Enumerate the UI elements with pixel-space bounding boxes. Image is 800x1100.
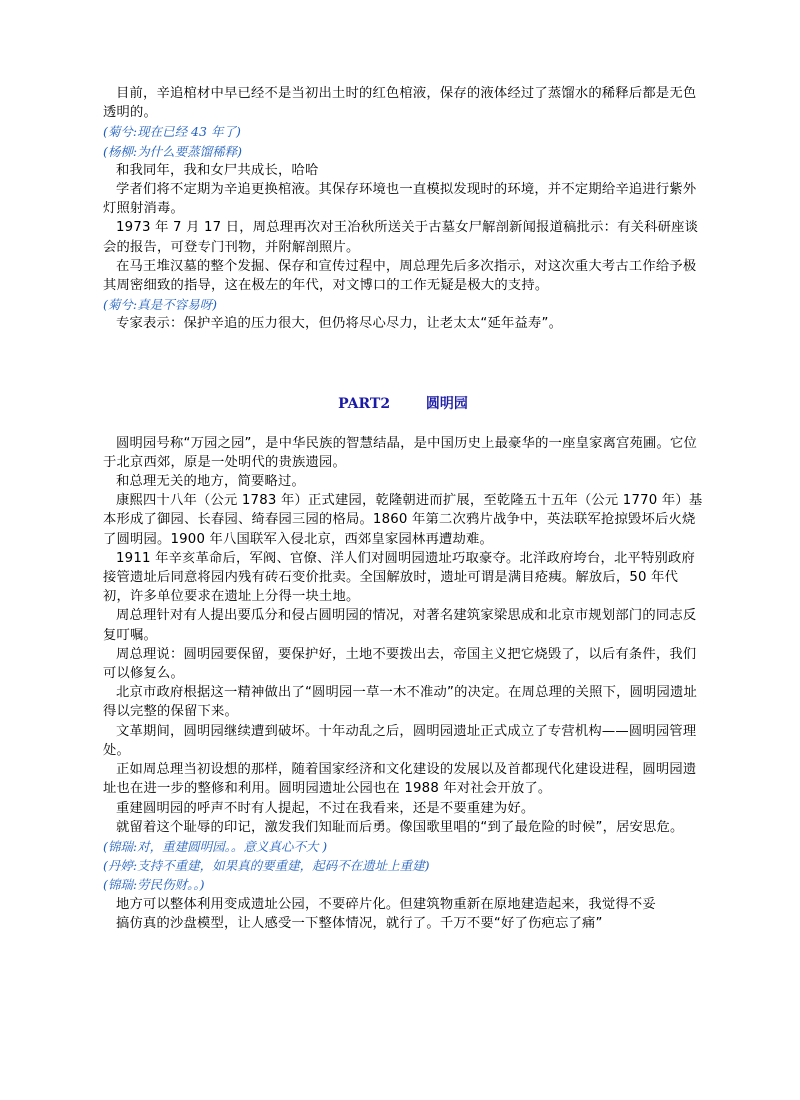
paragraph: 1973 年 7 月 17 日，周总理再次对王冶秋所送关于古墓女尸解剖新闻报道稿… xyxy=(103,218,703,256)
paragraph: 和总理无关的地方，简要略过。 xyxy=(103,472,703,491)
paragraph: 1911 年辛亥革命后，军阀、官僚、洋人们对圆明园遗址巧取豪夺。北洋政府垮台，北… xyxy=(103,549,703,607)
paragraph: 目前，辛追棺材中早已经不是当初出土时的红色棺液，保存的液体经过了蒸馏水的稀释后都… xyxy=(103,84,703,122)
paragraph: 在马王堆汉墓的整个发掘、保存和宣传过程中，周总理先后多次指示，对这次重大考古工作… xyxy=(103,257,703,295)
reader-comment: (杨柳:为什么要蒸馏稀释) xyxy=(103,142,703,161)
paragraph: 文革期间，圆明园继续遭到破坏。十年动乱之后，圆明园遗址正式成立了专营机构——圆明… xyxy=(103,722,703,760)
heading-spacer xyxy=(103,414,703,434)
paragraph: 和我同年，我和女尸共成长，哈哈 xyxy=(103,161,703,180)
paragraph: 地方可以整体利用变成遗址公园，不要碎片化。但建筑物重新在原地建造起来，我觉得不妥 xyxy=(103,895,703,914)
paragraph: 周总理说：圆明园要保留，要保护好，土地不要拨出去，帝国主义把它烧毁了，以后有条件… xyxy=(103,645,703,683)
reader-comment: (菊兮:真是不容易呀) xyxy=(103,295,703,314)
paragraph: 正如周总理当初设想的那样，随着国家经济和文化建设的发展以及首都现代化建设进程，圆… xyxy=(103,760,703,798)
reader-comment: (菊兮:现在已经 43 年了) xyxy=(103,122,703,141)
document-page: 目前，辛追棺材中早已经不是当初出土时的红色棺液，保存的液体经过了蒸馏水的稀释后都… xyxy=(103,84,703,933)
reader-comment: (锦瑞:劳民伤财。。) xyxy=(103,875,703,894)
paragraph: 圆明园号称“万园之园”，是中华民族的智慧结晶，是中国历史上最豪华的一座皇家离宫苑… xyxy=(103,434,703,472)
section-title-text: 圆明园 xyxy=(426,394,468,414)
paragraph: 周总理针对有人提出要瓜分和侵占圆明园的情况，对著名建筑家梁思成和北京市规划部门的… xyxy=(103,606,703,644)
section-spacer xyxy=(103,334,703,394)
paragraph: 康熙四十八年（公元 1783 年）正式建园，乾隆朝进而扩展，至乾隆五十五年（公元… xyxy=(103,491,703,549)
paragraph: 搞仿真的沙盘模型，让人感受一下整体情况，就行了。千万不要“好了伤疤忘了痛” xyxy=(103,914,703,933)
reader-comment: (锦瑞:对，重建圆明园。。意义真心不大 ) xyxy=(103,837,703,856)
paragraph: 学者们将不定期为辛追更换棺液。其保存环境也一直模拟发现时的环境，并不定期给辛追进… xyxy=(103,180,703,218)
section-part-label: PART2 xyxy=(338,394,390,414)
paragraph: 专家表示：保护辛追的压力很大，但仍将尽心尽力，让老太太“延年益寿”。 xyxy=(103,314,703,333)
reader-comment: (丹婷:支持不重建，如果真的要重建，起码不在遗址上重建) xyxy=(103,856,703,875)
paragraph: 重建圆明园的呼声不时有人提起，不过在我看来，还是不要重建为好。 xyxy=(103,799,703,818)
section-heading: PART2 圆明园 xyxy=(103,394,703,414)
paragraph: 北京市政府根据这一精神做出了“圆明园一草一木不准动”的决定。在周总理的关照下，圆… xyxy=(103,683,703,721)
paragraph: 就留着这个耻辱的印记，激发我们知耻而后勇。像国歌里唱的“到了最危险的时候”，居安… xyxy=(103,818,703,837)
